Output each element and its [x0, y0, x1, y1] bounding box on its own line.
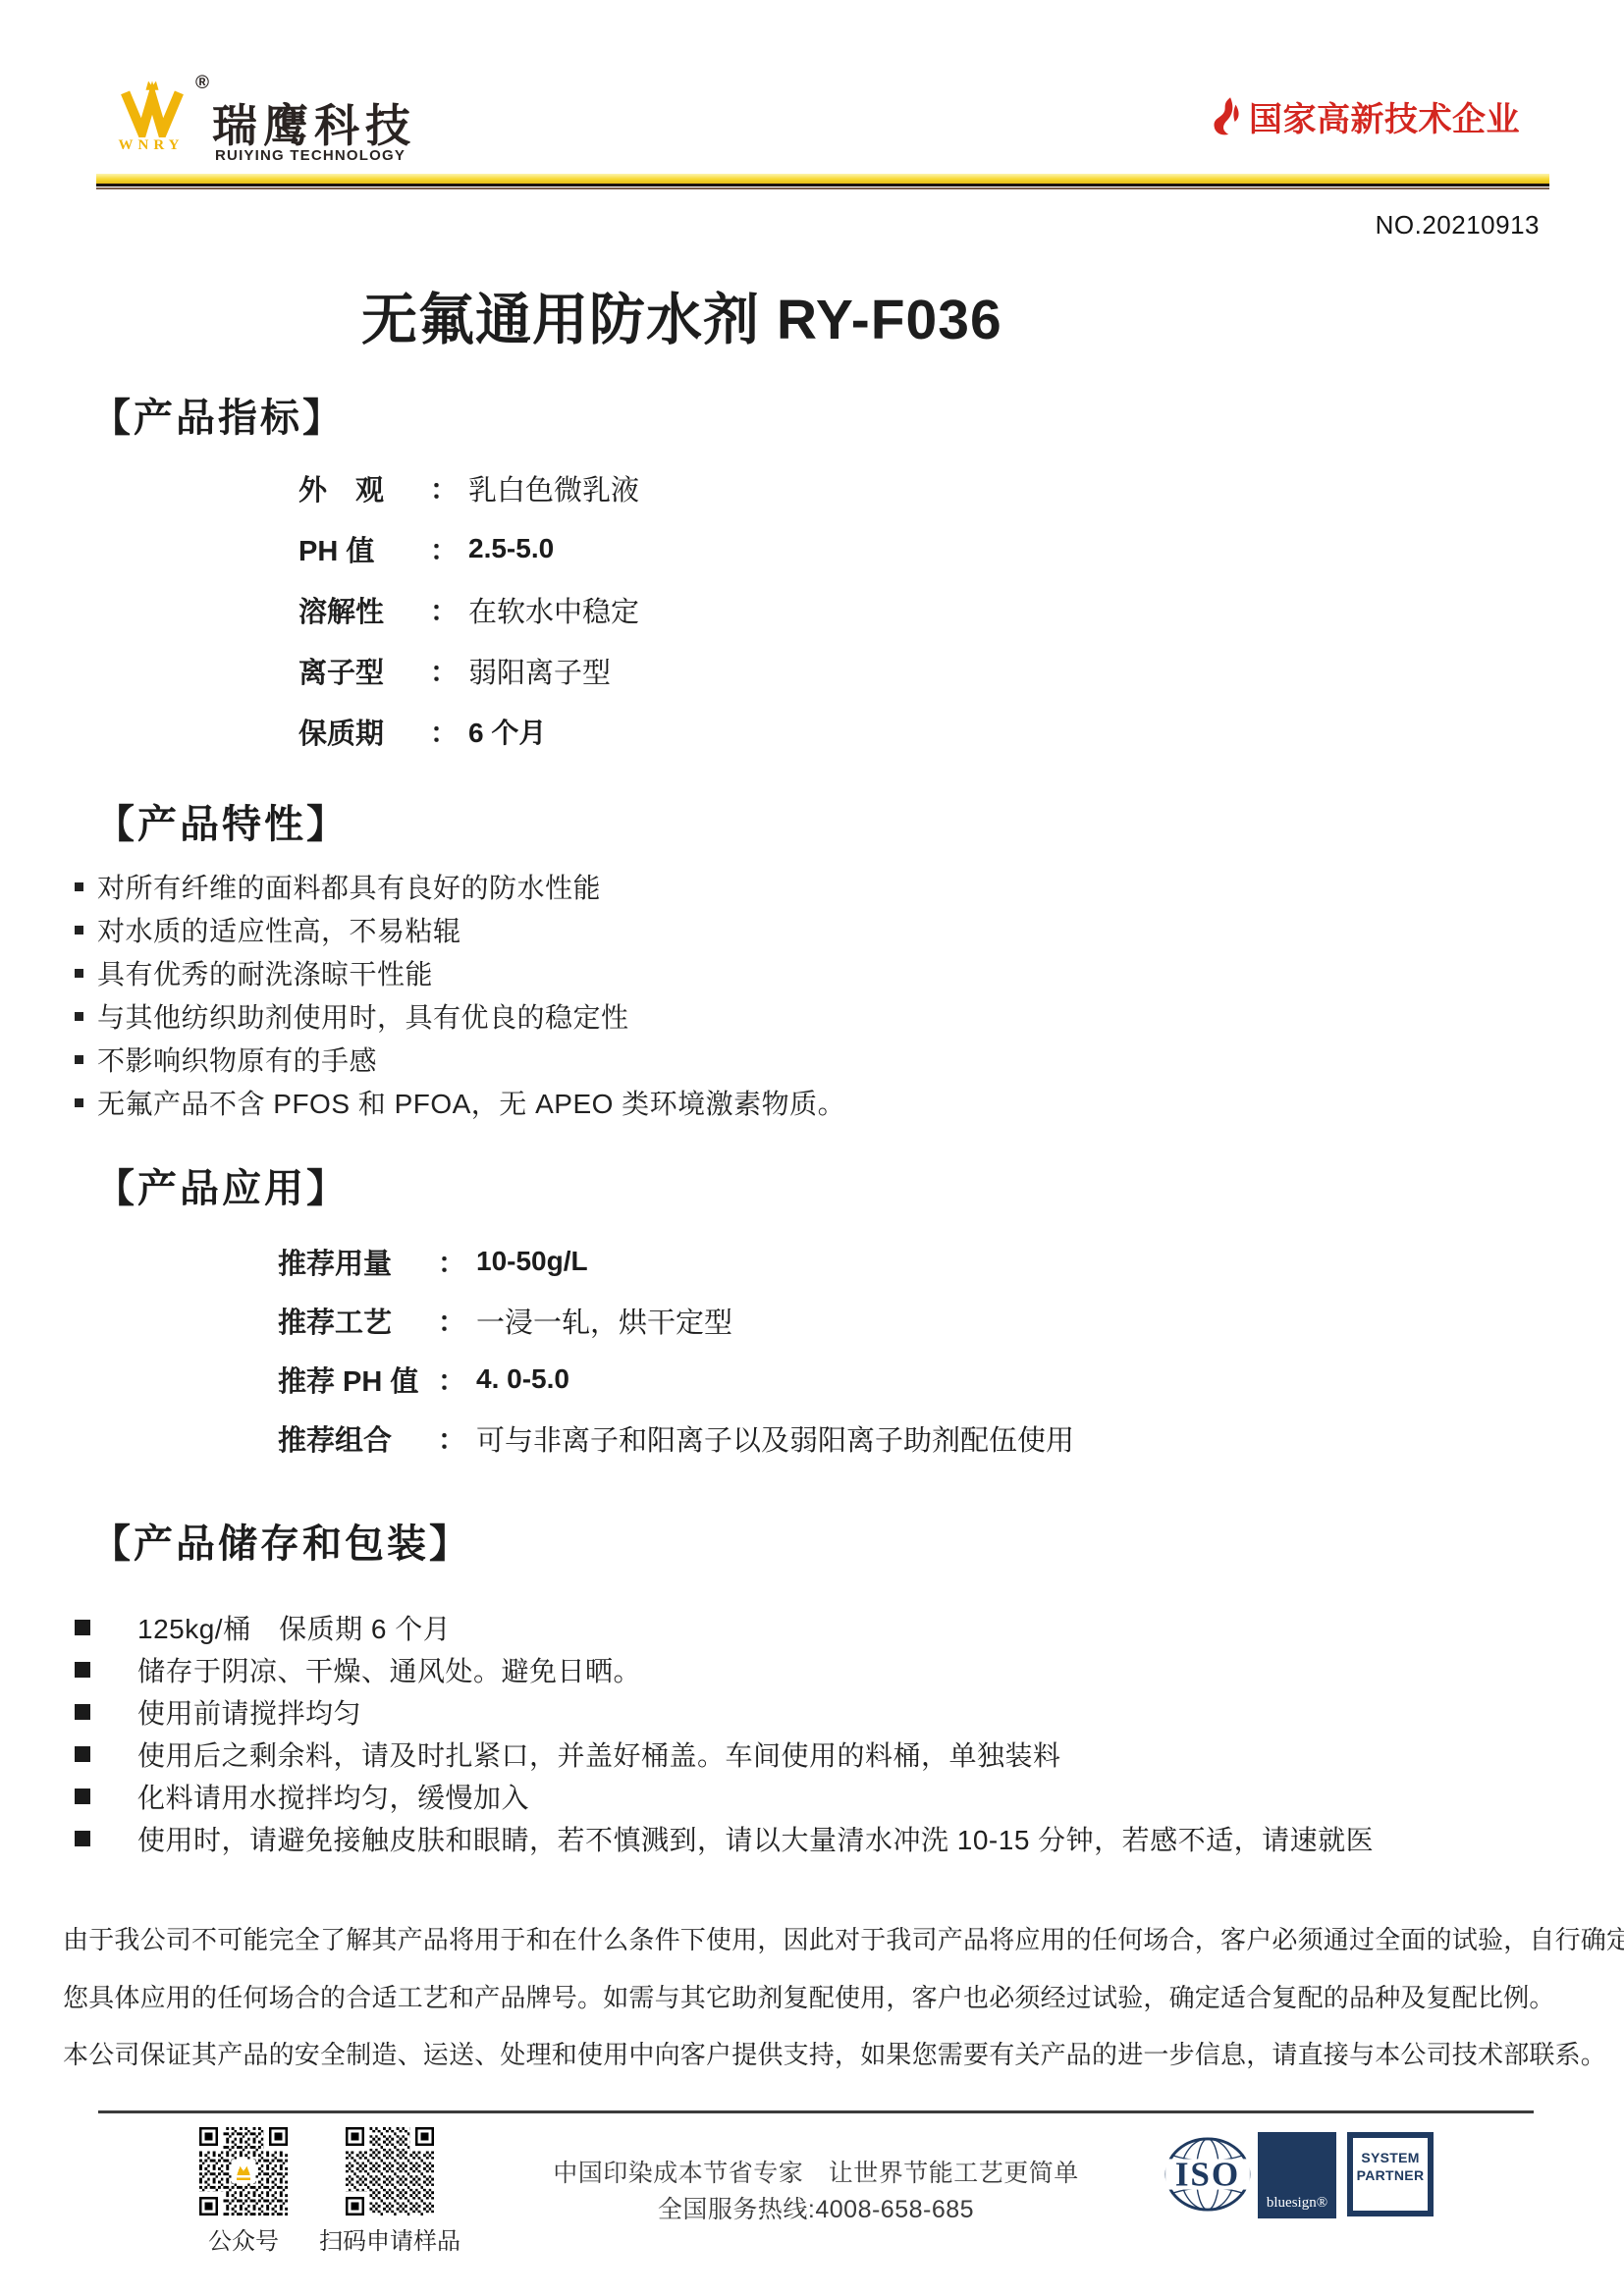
section-heading-specs: 【产品指标】: [91, 387, 345, 443]
list-item: 使用前请搅拌均匀: [75, 1690, 1374, 1733]
qr2-label: 扫码申请样品: [306, 2221, 473, 2256]
square-bullet-icon: [75, 1662, 90, 1678]
square-bullet-icon: [75, 1620, 90, 1635]
section-heading-application: 【产品应用】: [95, 1157, 349, 1213]
section-heading-storage: 【产品储存和包装】: [91, 1513, 471, 1569]
spec-label: PH 值: [298, 529, 419, 569]
badge-label: 国家高新技术企业: [1249, 92, 1520, 140]
bluesign-wordmark: bluesign®: [1258, 2195, 1336, 2212]
storage-list: 125kg/桶 保质期 6 个月 储存于阴凉、干燥、通风处。避免日晒。 使用前请…: [75, 1606, 1374, 1859]
qr-code-sample-request: [346, 2127, 434, 2216]
features-list: 对所有纤维的面料都具有良好的防水性能 对水质的适应性高，不易粘辊 具有优秀的耐洗…: [75, 865, 845, 1124]
spec-row: 离子型 ： 弱阳离子型: [298, 640, 639, 701]
brand-name-cn: 瑞鹰科技: [212, 90, 416, 155]
list-item: 与其他纺织助剂使用时，具有优良的稳定性: [75, 994, 845, 1038]
square-bullet-icon: [75, 1012, 83, 1021]
square-bullet-icon: [75, 1789, 90, 1804]
registered-trademark-icon: ®: [195, 73, 209, 94]
list-item: 不影响织物原有的手感: [75, 1038, 845, 1081]
system-partner-logo: SYSTEM PARTNER: [1347, 2132, 1434, 2216]
list-item: 无氟产品不含 PFOS 和 PFOA，无 APEO 类环境激素物质。: [75, 1081, 845, 1124]
square-bullet-icon: [75, 1746, 90, 1762]
square-bullet-icon: [75, 882, 83, 891]
square-bullet-icon: [75, 926, 83, 934]
application-row: 推荐组合 ： 可与非离子和阳离子以及弱阳离子助剂配伍使用: [278, 1409, 1074, 1468]
spec-row: 外 观 ： 乳白色微乳液: [298, 457, 639, 518]
brand-name-en: RUIYING TECHNOLOGY: [215, 147, 406, 164]
application-row: 推荐用量 ： 10-50g/L: [278, 1232, 1074, 1291]
square-bullet-icon: [75, 969, 83, 978]
footer-hotline: 全国服务热线:4008-658-685: [545, 2190, 1087, 2225]
spec-row: PH 值 ： 2.5-5.0: [298, 518, 639, 579]
qr-code-official-account: [199, 2127, 288, 2216]
list-item: 对水质的适应性高，不易粘辊: [75, 908, 845, 951]
disclaimer-line: 本公司保证其产品的安全制造、运送、处理和使用中向客户提供支持，如果您需要有关产品…: [63, 2026, 1624, 2084]
system-partner-line2: PARTNER: [1353, 2166, 1428, 2184]
spec-value: 弱阳离子型: [468, 651, 611, 691]
square-bullet-icon: [75, 1055, 83, 1064]
spec-value: 6 个月: [468, 712, 546, 751]
list-item: 使用后之剩余料，请及时扎紧口，并盖好桶盖。车间使用的料桶，单独装料: [75, 1733, 1374, 1775]
brand-w-crown-icon: [110, 79, 194, 137]
spec-row: 溶解性 ： 在软水中稳定: [298, 579, 639, 640]
list-item: 125kg/桶 保质期 6 个月: [75, 1606, 1374, 1648]
spec-label: 保质期: [298, 712, 419, 752]
list-item: 使用时，请避免接触皮肤和眼睛，若不慎溅到，请以大量清水冲洗 10-15 分钟，若…: [75, 1817, 1374, 1859]
spec-colon: ：: [419, 529, 468, 568]
specs-list: 外 观 ： 乳白色微乳液 PH 值 ： 2.5-5.0 溶解性 ： 在软水中稳定…: [298, 457, 639, 762]
section-heading-features: 【产品特性】: [95, 793, 349, 849]
national-hightech-badge: 国家高新技术企业: [1210, 92, 1520, 140]
spec-colon: ：: [419, 651, 468, 690]
spec-value: 乳白色微乳液: [468, 468, 639, 508]
spec-label: 离子型: [298, 651, 419, 691]
spec-colon: ：: [419, 468, 468, 507]
spec-row: 保质期 ： 6 个月: [298, 701, 639, 762]
disclaimer-line: 您具体应用的任何场合的合适工艺和产品牌号。如需与其它助剂复配使用，客户也必须经过…: [63, 1969, 1624, 2027]
application-list: 推荐用量 ： 10-50g/L 推荐工艺 ： 一浸一轧，烘干定型 推荐 PH 值…: [278, 1232, 1074, 1468]
footer-divider: [98, 2110, 1534, 2113]
footer-slogan: 中国印染成本节省专家 让世界节能工艺更简单: [545, 2154, 1087, 2189]
brand-monogram: WNRY: [106, 137, 196, 154]
iso-wordmark: ISO: [1175, 2156, 1240, 2194]
square-bullet-icon: [75, 1704, 90, 1720]
application-row: 推荐 PH 值 ： 4. 0-5.0: [278, 1350, 1074, 1409]
bluesign-logo: bluesign®: [1258, 2132, 1336, 2218]
spec-colon: ：: [419, 712, 468, 751]
spec-value: 2.5-5.0: [468, 533, 554, 564]
list-item: 化料请用水搅拌均匀，缓慢加入: [75, 1775, 1374, 1817]
iso-logo: ISO: [1164, 2136, 1252, 2213]
list-item: 储存于阴凉、干燥、通风处。避免日晒。: [75, 1648, 1374, 1690]
document-number: NO.20210913: [1376, 210, 1540, 240]
spec-value: 在软水中稳定: [468, 590, 639, 630]
spec-colon: ：: [419, 590, 468, 629]
application-row: 推荐工艺 ： 一浸一轧，烘干定型: [278, 1291, 1074, 1350]
square-bullet-icon: [75, 1831, 90, 1846]
product-datasheet-page: ® WNRY 瑞鹰科技 RUIYING TECHNOLOGY 国家高新技术企业 …: [0, 0, 1624, 2296]
square-bullet-icon: [75, 1098, 83, 1107]
system-partner-line1: SYSTEM: [1353, 2149, 1428, 2166]
disclaimer-line: 由于我公司不可能完全了解其产品将用于和在什么条件下使用，因此对于我司产品将应用的…: [63, 1911, 1624, 1969]
spec-label: 外 观: [298, 468, 419, 508]
spec-label: 溶解性: [298, 590, 419, 630]
page-title: 无氟通用防水剂 RY-F036: [361, 275, 1002, 355]
list-item: 具有优秀的耐洗涤晾干性能: [75, 951, 845, 994]
qr1-label: 公众号: [199, 2221, 288, 2256]
header-divider: [96, 174, 1549, 189]
flame-icon: [1210, 95, 1242, 137]
list-item: 对所有纤维的面料都具有良好的防水性能: [75, 865, 845, 908]
disclaimer-paragraph: 由于我公司不可能完全了解其产品将用于和在什么条件下使用，因此对于我司产品将应用的…: [63, 1911, 1624, 2084]
